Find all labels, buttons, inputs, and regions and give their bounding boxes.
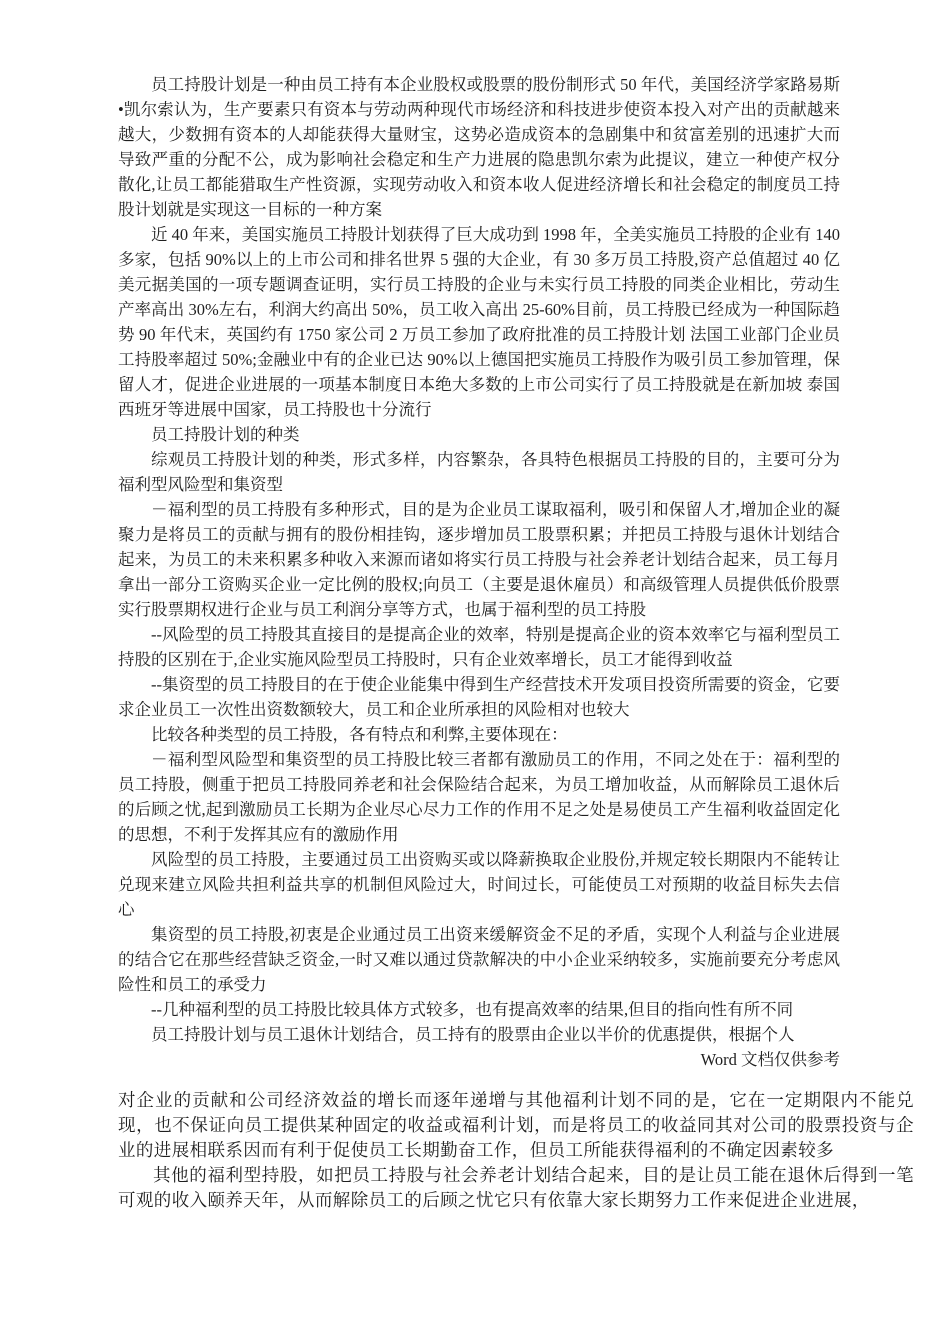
paragraph-overview: 综观员工持股计划的种类，形式多样，内容繁杂，各具特色根据员工持股的目的，主要可分… (118, 447, 840, 497)
paragraph-comparison-fundraising: 集资型的员工持股,初衷是企业通过员工出资来缓解资金不足的矛盾，实现个人利益与企业… (118, 922, 840, 997)
paragraph-continuation: 对企业的贡献和公司经济效益的增长而逐年递增与其他福利计划不同的是，它在一定期限内… (118, 1088, 914, 1163)
paragraph-fundraising-type: --集资型的员工持股目的在于使企业能集中得到生产经营技术开发项目投资所需要的资金… (118, 672, 840, 722)
paragraph-welfare-variants: --几种福利型的员工持股比较具体方式较多，也有提高效率的结果,但目的指向性有所不… (118, 997, 840, 1022)
paragraph-comparison-risk: 风险型的员工持股，主要通过员工出资购买或以降薪换取企业股份,并规定较长期限内不能… (118, 847, 840, 922)
paragraph-intro: 员工持股计划是一种由员工持有本企业股权或股票的股份制形式 50 年代，美国经济学… (118, 72, 840, 222)
paragraph-comparison-welfare: －福利型风险型和集资型的员工持股比较三者都有激励员工的作用，不同之处在于：福利型… (118, 747, 840, 847)
paragraph-risk-type: --风险型的员工持股其直接目的是提高企业的效率，特别是提高企业的资本效率它与福利… (118, 622, 840, 672)
paragraph-welfare-type: －福利型的员工持股有多种形式，目的是为企业员工谋取福利，吸引和保留人才,增加企业… (118, 497, 840, 622)
page-2-text-block: 对企业的贡献和公司经济效益的增长而逐年递增与其他福利计划不同的是，它在一定期限内… (118, 1088, 914, 1213)
paragraph-history: 近 40 年来，美国实施员工持股计划获得了巨大成功到 1998 年，全美实施员工… (118, 222, 840, 422)
paragraph-retirement-combo: 员工持股计划与员工退休计划结合，员工持有的股票由企业以半价的优惠提供，根据个人 (118, 1022, 840, 1047)
paragraph-other-welfare: 其他的福利型持股，如把员工持股与社会养老计划结合起来，目的是让员工能在退休后得到… (118, 1163, 914, 1213)
paragraph-comparison-lead: 比较各种类型的员工持股，各有特点和利弊,主要体现在： (118, 722, 840, 747)
section-heading-types: 员工持股计划的种类 (118, 422, 840, 447)
page-1-text-block: 员工持股计划是一种由员工持有本企业股权或股票的股份制形式 50 年代，美国经济学… (118, 72, 840, 1072)
document-page: { "document": { "language": "zh-CN", "te… (0, 0, 950, 1344)
page-footer-note: Word 文档仅供参考 (118, 1047, 840, 1072)
